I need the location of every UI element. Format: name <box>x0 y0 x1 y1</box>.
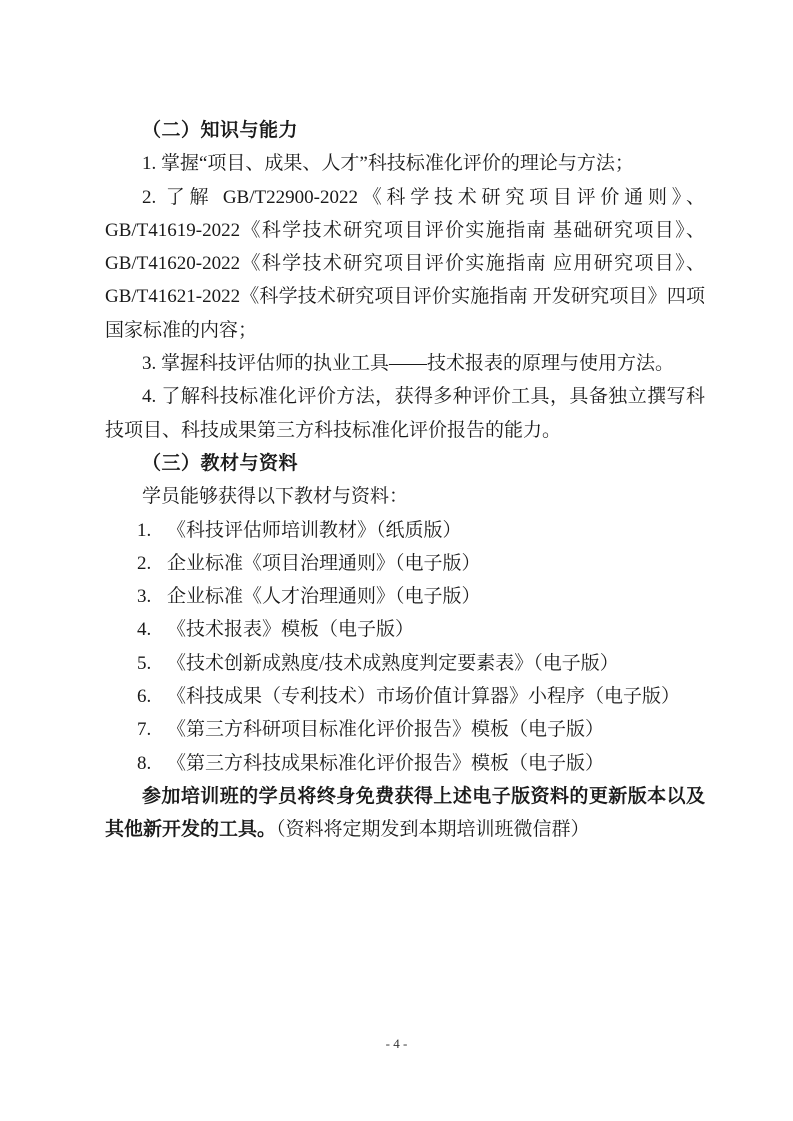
list-item-text: 《技术创新成熟度/技术成熟度判定要素表》（电子版） <box>167 653 619 674</box>
section-heading-materials: （三）教材与资料 <box>105 447 705 480</box>
list-item-text: 《第三方科研项目标准化评价报告》模板（电子版） <box>167 719 604 740</box>
knowledge-line: 3. 掌握科技评估师的执业工具——技术报表的原理与使用方法。 <box>105 347 705 380</box>
material-list-item: 2.企业标准《项目治理通则》（电子版） <box>105 547 705 580</box>
list-item-text: 《第三方科技成果标准化评价报告》模板（电子版） <box>167 753 604 774</box>
note-bold-fragment: 其他新开发的工具。 <box>105 819 276 840</box>
knowledge-line: 2. 了解 GB/T22900-2022《科学技术研究项目评价通则》、 <box>105 181 705 214</box>
note-regular-fragment: （资料将定期发到本期培训班微信群） <box>276 819 590 840</box>
list-item-number: 3. <box>137 580 167 613</box>
section-heading-knowledge: （二）知识与能力 <box>105 114 705 147</box>
list-item-number: 1. <box>137 514 167 547</box>
material-list-item: 3.企业标准《人才治理通则》（电子版） <box>105 580 705 613</box>
materials-intro: 学员能够获得以下教材与资料： <box>105 480 705 513</box>
list-item-number: 2. <box>137 547 167 580</box>
document-page: （二）知识与能力 1. 掌握“项目、成果、人才”科技标准化评价的理论与方法； 2… <box>0 0 793 1121</box>
knowledge-line: 技项目、科技成果第三方科技标准化评价报告的能力。 <box>105 414 705 447</box>
list-item-text: 《技术报表》模板（电子版） <box>167 619 414 640</box>
material-list-item: 7.《第三方科研项目标准化评价报告》模板（电子版） <box>105 713 705 746</box>
note-mixed-line: 其他新开发的工具。（资料将定期发到本期培训班微信群） <box>105 813 705 846</box>
page-number: - 4 - <box>0 1036 793 1052</box>
knowledge-line: 国家标准的内容； <box>105 314 705 347</box>
list-item-text: 《科技评估师培训教材》（纸质版） <box>167 520 462 541</box>
material-list-item: 8.《第三方科技成果标准化评价报告》模板（电子版） <box>105 747 705 780</box>
knowledge-line: GB/T41621-2022《科学技术研究项目评价实施指南 开发研究项目》四项 <box>105 280 705 313</box>
knowledge-line: GB/T41620-2022《科学技术研究项目评价实施指南 应用研究项目》、 <box>105 247 705 280</box>
list-item-number: 6. <box>137 680 167 713</box>
knowledge-line: 4. 了解科技标准化评价方法，获得多种评价工具，具备独立撰写科 <box>105 380 705 413</box>
list-item-number: 8. <box>137 747 167 780</box>
note-bold-line: 参加培训班的学员将终身免费获得上述电子版资料的更新版本以及 <box>105 780 705 813</box>
material-list-item: 6.《科技成果（专利技术）市场价值计算器》小程序（电子版） <box>105 680 705 713</box>
list-item-number: 7. <box>137 713 167 746</box>
list-item-text: 企业标准《项目治理通则》（电子版） <box>167 553 481 574</box>
list-item-number: 5. <box>137 647 167 680</box>
list-item-text: 企业标准《人才治理通则》（电子版） <box>167 586 481 607</box>
material-list-item: 5.《技术创新成熟度/技术成熟度判定要素表》（电子版） <box>105 647 705 680</box>
document-body: （二）知识与能力 1. 掌握“项目、成果、人才”科技标准化评价的理论与方法； 2… <box>105 114 705 847</box>
list-item-number: 4. <box>137 613 167 646</box>
material-list-item: 4.《技术报表》模板（电子版） <box>105 613 705 646</box>
knowledge-line: GB/T41619-2022《科学技术研究项目评价实施指南 基础研究项目》、 <box>105 214 705 247</box>
knowledge-line: 1. 掌握“项目、成果、人才”科技标准化评价的理论与方法； <box>105 147 705 180</box>
material-list-item: 1.《科技评估师培训教材》（纸质版） <box>105 514 705 547</box>
list-item-text: 《科技成果（专利技术）市场价值计算器》小程序（电子版） <box>167 686 680 707</box>
